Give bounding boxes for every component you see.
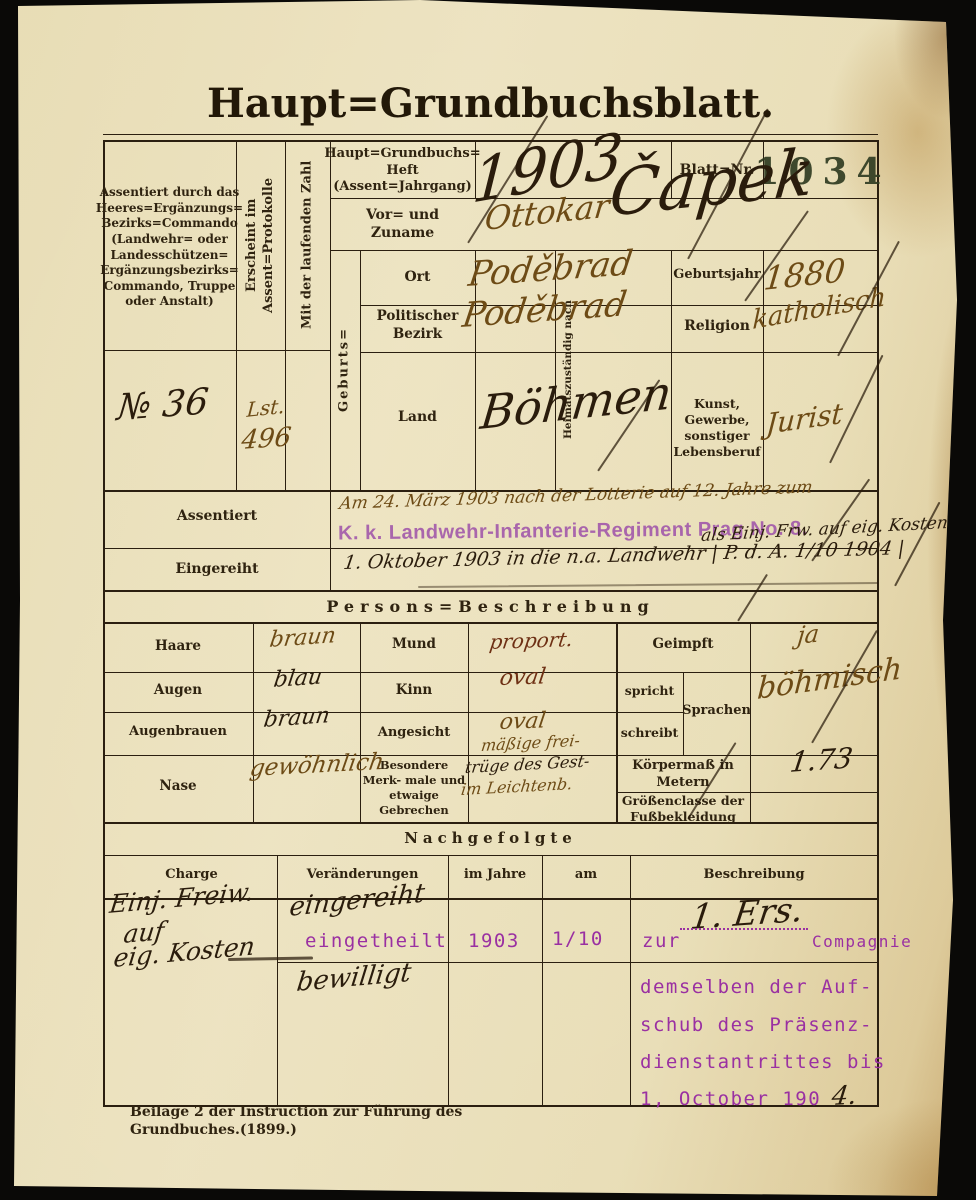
aufschub-hand-suffix: 4.	[830, 1080, 858, 1112]
laufende-zahl-label: Mit der laufenden Zahl	[288, 145, 328, 345]
grid-line	[616, 622, 618, 822]
augenbrauen-label: Augenbrauen	[106, 723, 250, 741]
haare-label: Haare	[106, 638, 250, 656]
groessenclasse-label: Größenclasse der Fußbekleidung	[619, 794, 747, 824]
augen-label: Augen	[106, 682, 250, 700]
koerpermass-value: 1.73	[788, 741, 855, 779]
augenbrauen-value: braun	[262, 703, 331, 733]
beruf-label: Kunst, Gewerbe, sonstiger Lebensberuf	[674, 392, 760, 464]
mund-label: Mund	[363, 636, 465, 654]
sprachen-label: Sprachen	[686, 702, 747, 720]
geburtsjahr-label: Geburtsjahr	[674, 265, 760, 285]
aufschub-stamp-line1: demselben der Auf-	[640, 976, 873, 998]
kinn-label: Kinn	[363, 682, 465, 700]
grid-line	[103, 134, 878, 135]
heft-label: Haupt=Grundbuchs= Heft (Assent=Jahrgang)	[333, 146, 472, 196]
aufschub-stamp-line4: 1, October 190	[640, 1088, 821, 1110]
am-stamp: 1/10	[552, 928, 604, 950]
eingereiht-label: Eingereiht	[106, 558, 328, 580]
eingetheilt-stamp: eingetheilt	[305, 930, 447, 952]
grid-line	[360, 250, 361, 490]
zur-stamp: zur	[642, 930, 681, 952]
grid-line	[448, 855, 449, 1105]
assent-durch-label: Assentiert durch das Heeres=Ergänzungs= …	[106, 150, 233, 345]
politischer-bezirk-label: Politischer Bezirk	[362, 305, 473, 347]
grid-line	[630, 855, 631, 1105]
assentiert-label: Assentiert	[106, 505, 328, 527]
grid-line	[103, 855, 878, 856]
koerpermass-label: Körpermaß in Metern	[619, 758, 747, 792]
grid-line	[277, 855, 278, 1105]
angesicht-label: Angesicht	[363, 724, 465, 742]
grid-line	[542, 855, 543, 1105]
aufschub-stamp-line3: dienstantrittes bis	[640, 1051, 886, 1073]
grid-line	[253, 622, 254, 822]
grid-line	[750, 622, 751, 822]
persons-beschreibung-header: Persons=Beschreibung	[103, 596, 878, 618]
name-label: Vor= und Zuname	[333, 210, 472, 238]
grid-line	[103, 822, 878, 824]
land-label: Land	[362, 405, 473, 429]
ort-label: Ort	[362, 265, 473, 289]
grid-line	[103, 622, 878, 624]
geburts-label: Geburts=	[332, 252, 358, 488]
im-jahre-col-header: im Jahre	[451, 866, 539, 884]
schreibt-label: schreibt	[619, 724, 680, 742]
dotted-fill-line	[680, 928, 808, 930]
grid-line	[103, 350, 330, 351]
beschreibung-col-header: Beschreibung	[633, 866, 875, 884]
compagnie-stamp: Compagnie	[812, 932, 912, 951]
geimpft-value: ja	[796, 619, 821, 650]
grid-line	[103, 590, 878, 592]
angesicht-value: oval	[498, 708, 547, 735]
laufende-zahl-value-1: Lst.	[246, 394, 285, 422]
jahr-stamp: 1903	[468, 930, 520, 952]
grid-line	[360, 622, 361, 822]
augen-value: blau	[272, 664, 324, 693]
nachgefolgte-header: Nachgefolgte	[103, 828, 878, 850]
aufschub-stamp-line2: schub des Präsenz-	[640, 1014, 873, 1036]
geimpft-label: Geimpft	[619, 636, 747, 654]
nase-label: Nase	[106, 778, 250, 796]
grid-line	[103, 712, 683, 713]
religion-label: Religion	[674, 316, 760, 336]
spricht-label: spricht	[619, 682, 680, 700]
laufende-zahl-value-2: 496	[240, 422, 293, 456]
protokoll-nr-value: № 36	[115, 381, 210, 429]
am-col-header: am	[545, 866, 627, 884]
kinn-value: oval	[498, 664, 547, 691]
erscheint-protokoll-label: Erscheint im Assent=Protokolle	[240, 145, 282, 345]
erste-ers-hand: 1. Ers.	[688, 890, 806, 938]
scanned-document: Haupt=Grundbuchsblatt. Assentiert durch …	[0, 0, 976, 1200]
grid-line	[360, 352, 878, 353]
mund-value: proport.	[488, 627, 575, 654]
grid-line	[330, 140, 331, 590]
haare-value: braun	[268, 623, 337, 653]
footer-note: Beilage 2 der Instruction zur Führung de…	[130, 1112, 560, 1130]
